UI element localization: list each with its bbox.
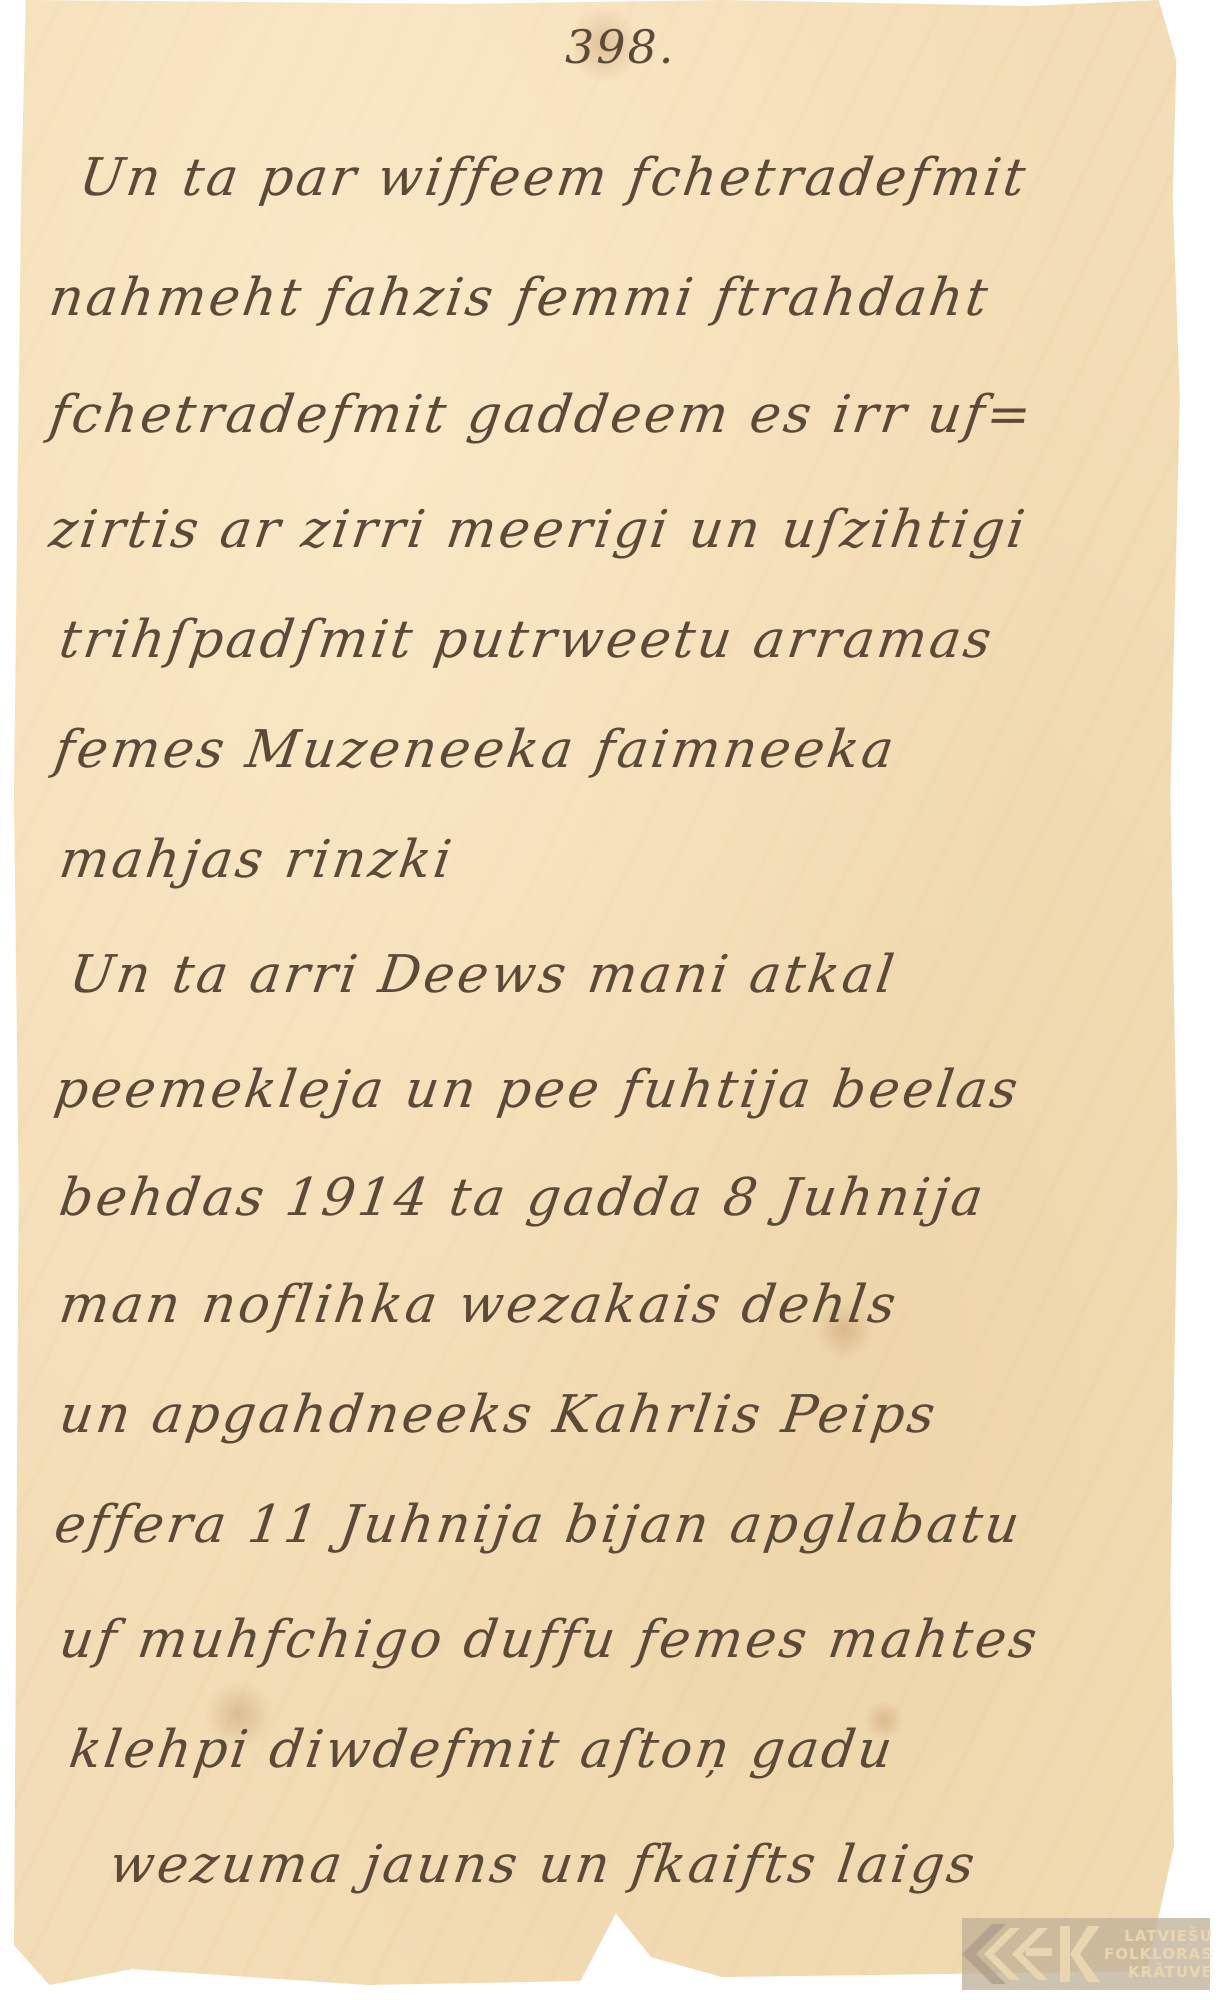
archive-watermark-logo: LATVIEŠU FOLKLORAS KRĀTUVE <box>962 1918 1210 1990</box>
text-line: nahmeht fahzis femmi ftrahdaht <box>46 268 994 328</box>
page-number: 398. <box>565 20 675 74</box>
text-line: behdas 1914 ta gadda 8 Juhnija <box>56 1168 990 1228</box>
text-line: zirtis ar zirri meerigi un uſzihtigi <box>46 500 1031 560</box>
text-line: femes Muzeneeka faimneeka <box>51 720 900 780</box>
text-line: peemekleja un pee fuhtija beelas <box>51 1060 1024 1120</box>
text-line: klehpi diwdefmit aſtoņ gadu <box>66 1720 899 1780</box>
text-line: effera 11 Juhnija bijan apglabatu <box>51 1495 1026 1555</box>
text-line: mahjas rinzki <box>56 830 458 890</box>
text-line: un apgahdneeks Kahrlis Peips <box>56 1385 942 1445</box>
logo-text: LATVIEŠU FOLKLORAS KRĀTUVE <box>1102 1927 1213 1981</box>
text-line: wezuma jauns un fkaifts laigs <box>106 1835 981 1895</box>
text-line: uf muhfchigo duffu femes mahtes <box>56 1610 1043 1670</box>
logo-line-3: KRĀTUVE <box>1128 1963 1213 1981</box>
logo-line-2: FOLKLORAS <box>1104 1945 1213 1963</box>
text-line: man noflihka wezakais dehls <box>56 1275 903 1335</box>
text-line: trihſpadſmit putrweetu arramas <box>56 610 998 670</box>
lfk-logo-icon <box>962 1918 1102 1990</box>
text-line: fchetradefmit gaddeem es irr uf= <box>46 385 1038 445</box>
text-line: Un ta par wiffeem fchetradefmit <box>76 148 1032 208</box>
text-line: Un ta arri Deews mani atkal <box>66 945 901 1005</box>
logo-line-1: LATVIEŠU <box>1124 1927 1213 1945</box>
